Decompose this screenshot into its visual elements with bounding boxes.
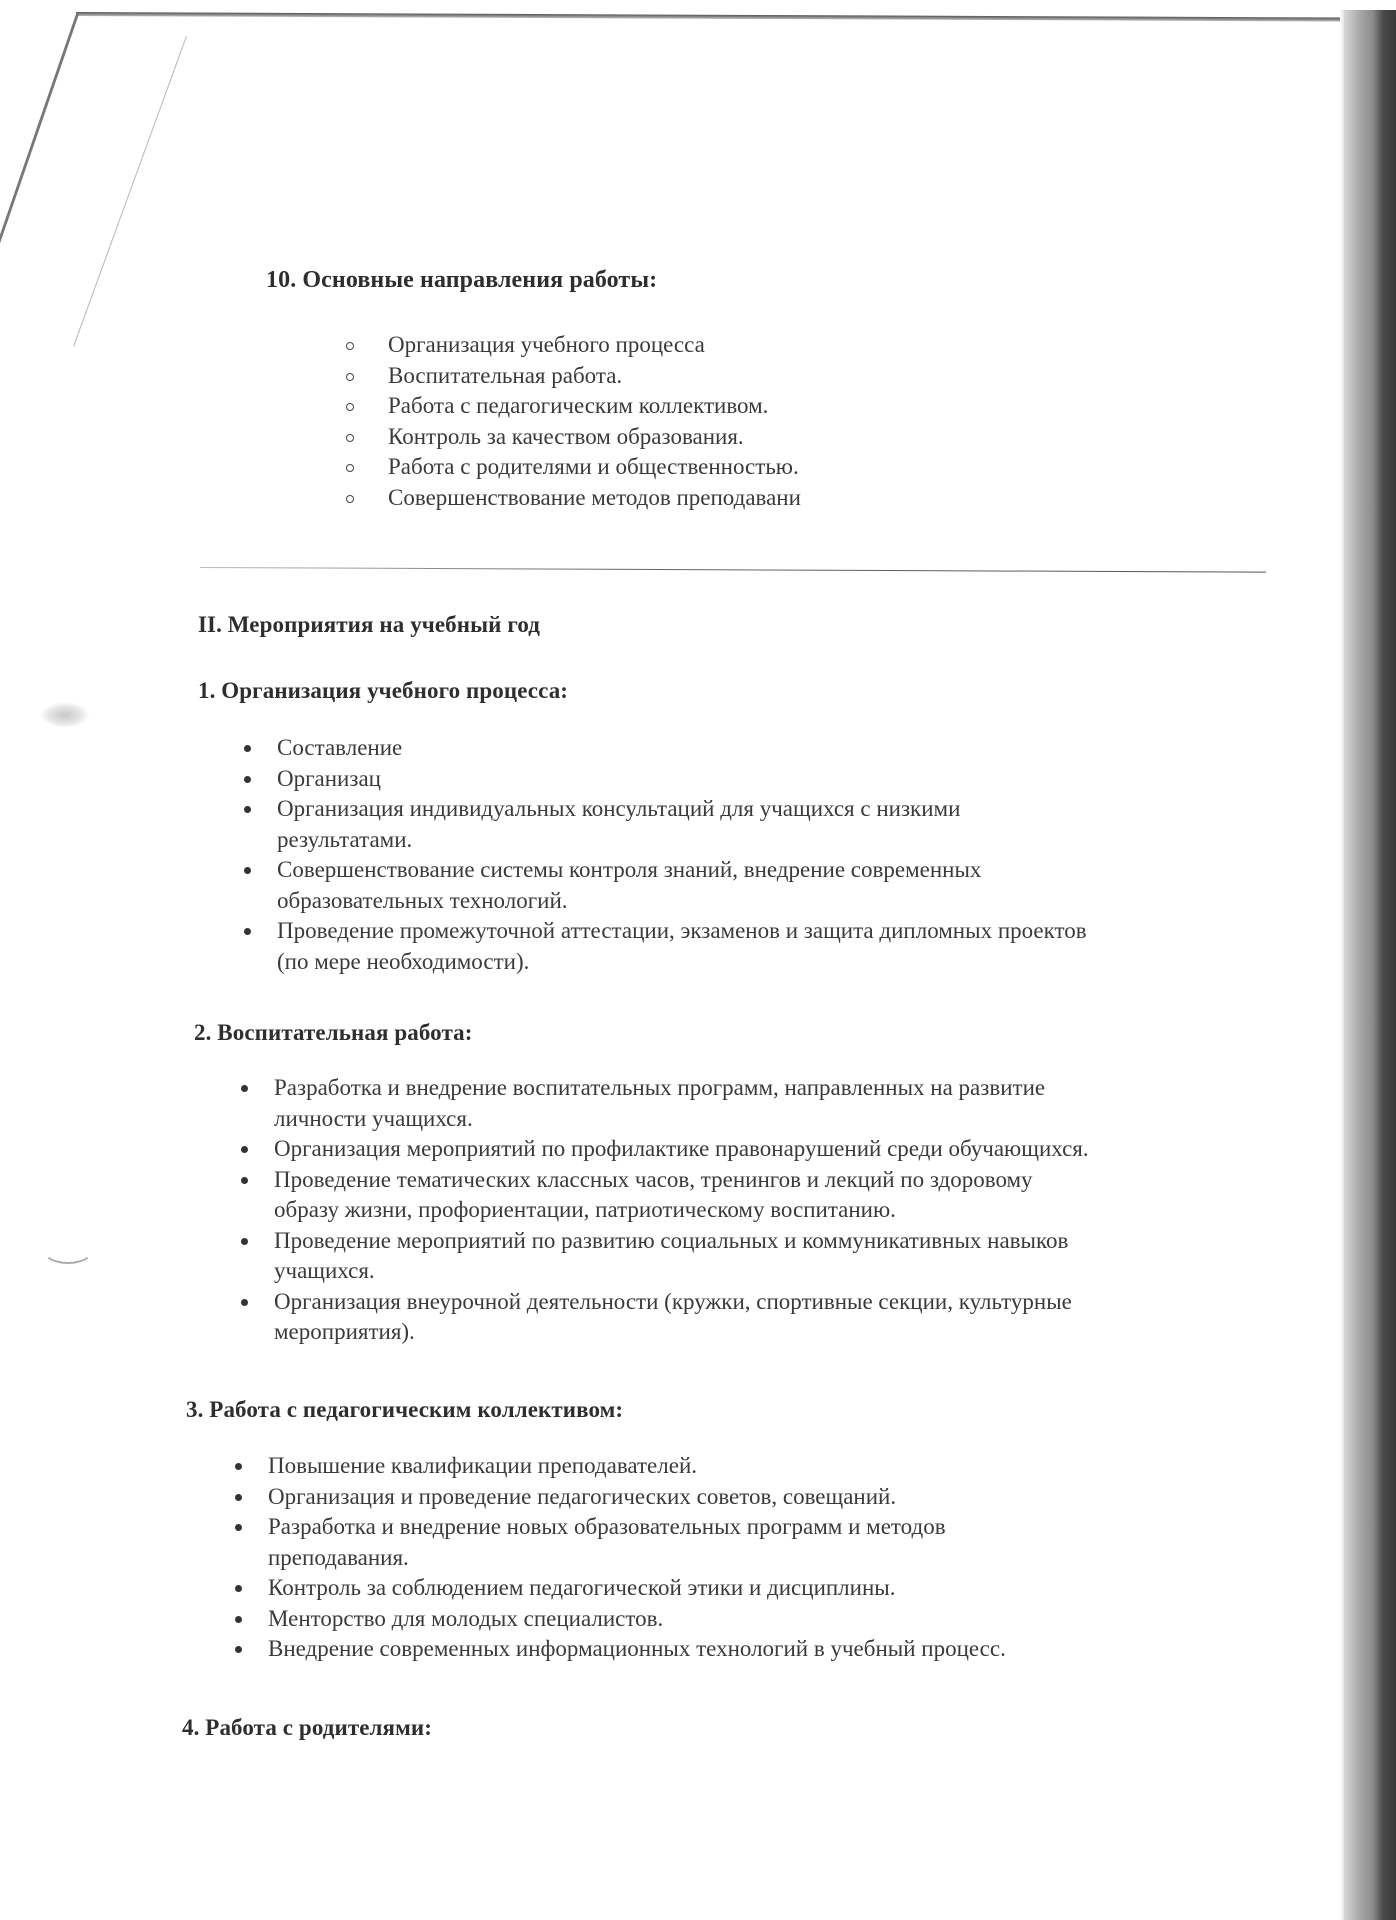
list-item-line: Организация и проведение педагогических …	[268, 1482, 1006, 1513]
list-item: Проведение мероприятий по развитию социа…	[274, 1226, 1089, 1287]
list-item-line: учащихся.	[274, 1256, 1089, 1287]
list-item-line: результатами.	[277, 825, 1087, 856]
staff-work-list: Повышение квалификации преподавателей.Ор…	[268, 1451, 1006, 1665]
circle-bullet-icon	[346, 434, 354, 442]
list-item: Проведение промежуточной аттестации, экз…	[277, 916, 1087, 977]
list-item-line: Внедрение современных информационных тех…	[268, 1634, 1006, 1665]
bullet-icon	[244, 867, 251, 874]
bullet-icon	[244, 776, 251, 783]
list-item: Проведение тематических классных часов, …	[274, 1165, 1089, 1226]
educational-work-list: Разработка и внедрение воспитательных пр…	[274, 1073, 1089, 1348]
list-item: Организация учебного процесса	[388, 330, 801, 361]
bullet-icon	[235, 1585, 242, 1592]
bullet-icon	[244, 745, 251, 752]
bullet-icon	[241, 1085, 248, 1092]
subsection-1-heading: 1. Организация учебного процесса:	[198, 678, 568, 704]
list-item-line: преподавания.	[268, 1543, 1006, 1574]
section-10-heading: 10. Основные направления работы:	[266, 267, 657, 294]
list-item-line: Совершенствование системы контроля знани…	[277, 855, 1087, 886]
circle-bullet-icon	[346, 403, 354, 411]
horizontal-divider	[200, 567, 1266, 573]
list-item: Контроль за качеством образования.	[388, 422, 801, 453]
circle-bullet-icon	[346, 373, 354, 381]
part-ii-heading: II. Мероприятия на учебный год	[198, 612, 540, 638]
list-item: Работа с родителями и общественностью.	[388, 452, 801, 483]
list-item-line: Проведение тематических классных часов, …	[274, 1165, 1089, 1196]
scanned-page: 10. Основные направления работы: Организ…	[0, 0, 1340, 1920]
page-left-edge	[0, 14, 79, 244]
list-item-line: Проведение промежуточной аттестации, экз…	[277, 916, 1087, 947]
bullet-icon	[244, 928, 251, 935]
list-item-line: Разработка и внедрение новых образовател…	[268, 1512, 1006, 1543]
bullet-icon	[235, 1524, 242, 1531]
page-top-edge	[76, 12, 1346, 22]
subsection-2-heading: 2. Воспитательная работа:	[194, 1020, 472, 1046]
hole-punch-mark	[42, 1234, 94, 1264]
list-item-line: образовательных технологий.	[277, 886, 1087, 917]
subsection-4-heading: 4. Работа с родителями:	[182, 1715, 432, 1741]
list-item-line: образу жизни, профориентации, патриотиче…	[274, 1195, 1089, 1226]
list-item-line: личности учащихся.	[274, 1104, 1089, 1135]
fold-line	[73, 36, 187, 346]
list-item-line: мероприятия).	[274, 1317, 1089, 1348]
list-item: Внедрение современных информационных тех…	[268, 1634, 1006, 1665]
list-item-line: Повышение квалификации преподавателей.	[268, 1451, 1006, 1482]
list-item: Организация и проведение педагогических …	[268, 1482, 1006, 1513]
bullet-icon	[241, 1238, 248, 1245]
bullet-icon	[244, 806, 251, 813]
list-item-line: Менторство для молодых специалистов.	[268, 1604, 1006, 1635]
list-item: Менторство для молодых специалистов.	[268, 1604, 1006, 1635]
list-item: Воспитательная работа.	[388, 361, 801, 392]
bullet-icon	[235, 1616, 242, 1623]
bullet-icon	[241, 1299, 248, 1306]
circle-bullet-icon	[346, 464, 354, 472]
hole-punch-smudge	[40, 702, 90, 728]
bullet-icon	[241, 1146, 248, 1153]
circle-bullet-icon	[346, 495, 354, 503]
list-item: Разработка и внедрение воспитательных пр…	[274, 1073, 1089, 1134]
list-item-line: Организация мероприятий по профилактике …	[274, 1134, 1089, 1165]
learning-process-list: СоставлениеОрганизацОрганизация индивиду…	[277, 733, 1087, 977]
list-item: Организация внеурочной деятельности (кру…	[274, 1287, 1089, 1348]
bullet-icon	[241, 1177, 248, 1184]
list-item-line: Контроль за соблюдением педагогической э…	[268, 1573, 1006, 1604]
list-item-line: (по мере необходимости).	[277, 947, 1087, 978]
list-item: Разработка и внедрение новых образовател…	[268, 1512, 1006, 1573]
bullet-icon	[235, 1646, 242, 1653]
list-item: Совершенствование методов преподавани	[388, 483, 801, 514]
main-directions-list: Организация учебного процесса Воспитател…	[388, 330, 801, 513]
bullet-icon	[235, 1463, 242, 1470]
bullet-icon	[235, 1494, 242, 1501]
subsection-3-heading: 3. Работа с педагогическим коллективом:	[186, 1397, 623, 1423]
scanner-edge-shadow	[1344, 10, 1396, 1920]
list-item: Контроль за соблюдением педагогической э…	[268, 1573, 1006, 1604]
list-item-line: Проведение мероприятий по развитию социа…	[274, 1226, 1089, 1257]
list-item: Работа с педагогическим коллективом.	[388, 391, 801, 422]
list-item-line: Организация индивидуальных консультаций …	[277, 794, 1087, 825]
list-item: Организация индивидуальных консультаций …	[277, 794, 1087, 855]
list-item-line: Организац	[277, 764, 1087, 795]
list-item: Повышение квалификации преподавателей.	[268, 1451, 1006, 1482]
list-item: Составление	[277, 733, 1087, 764]
list-item: Организация мероприятий по профилактике …	[274, 1134, 1089, 1165]
list-item: Организац	[277, 764, 1087, 795]
list-item: Совершенствование системы контроля знани…	[277, 855, 1087, 916]
list-item-line: Составление	[277, 733, 1087, 764]
circle-bullet-icon	[346, 342, 354, 350]
list-item-line: Организация внеурочной деятельности (кру…	[274, 1287, 1089, 1318]
list-item-line: Разработка и внедрение воспитательных пр…	[274, 1073, 1089, 1104]
